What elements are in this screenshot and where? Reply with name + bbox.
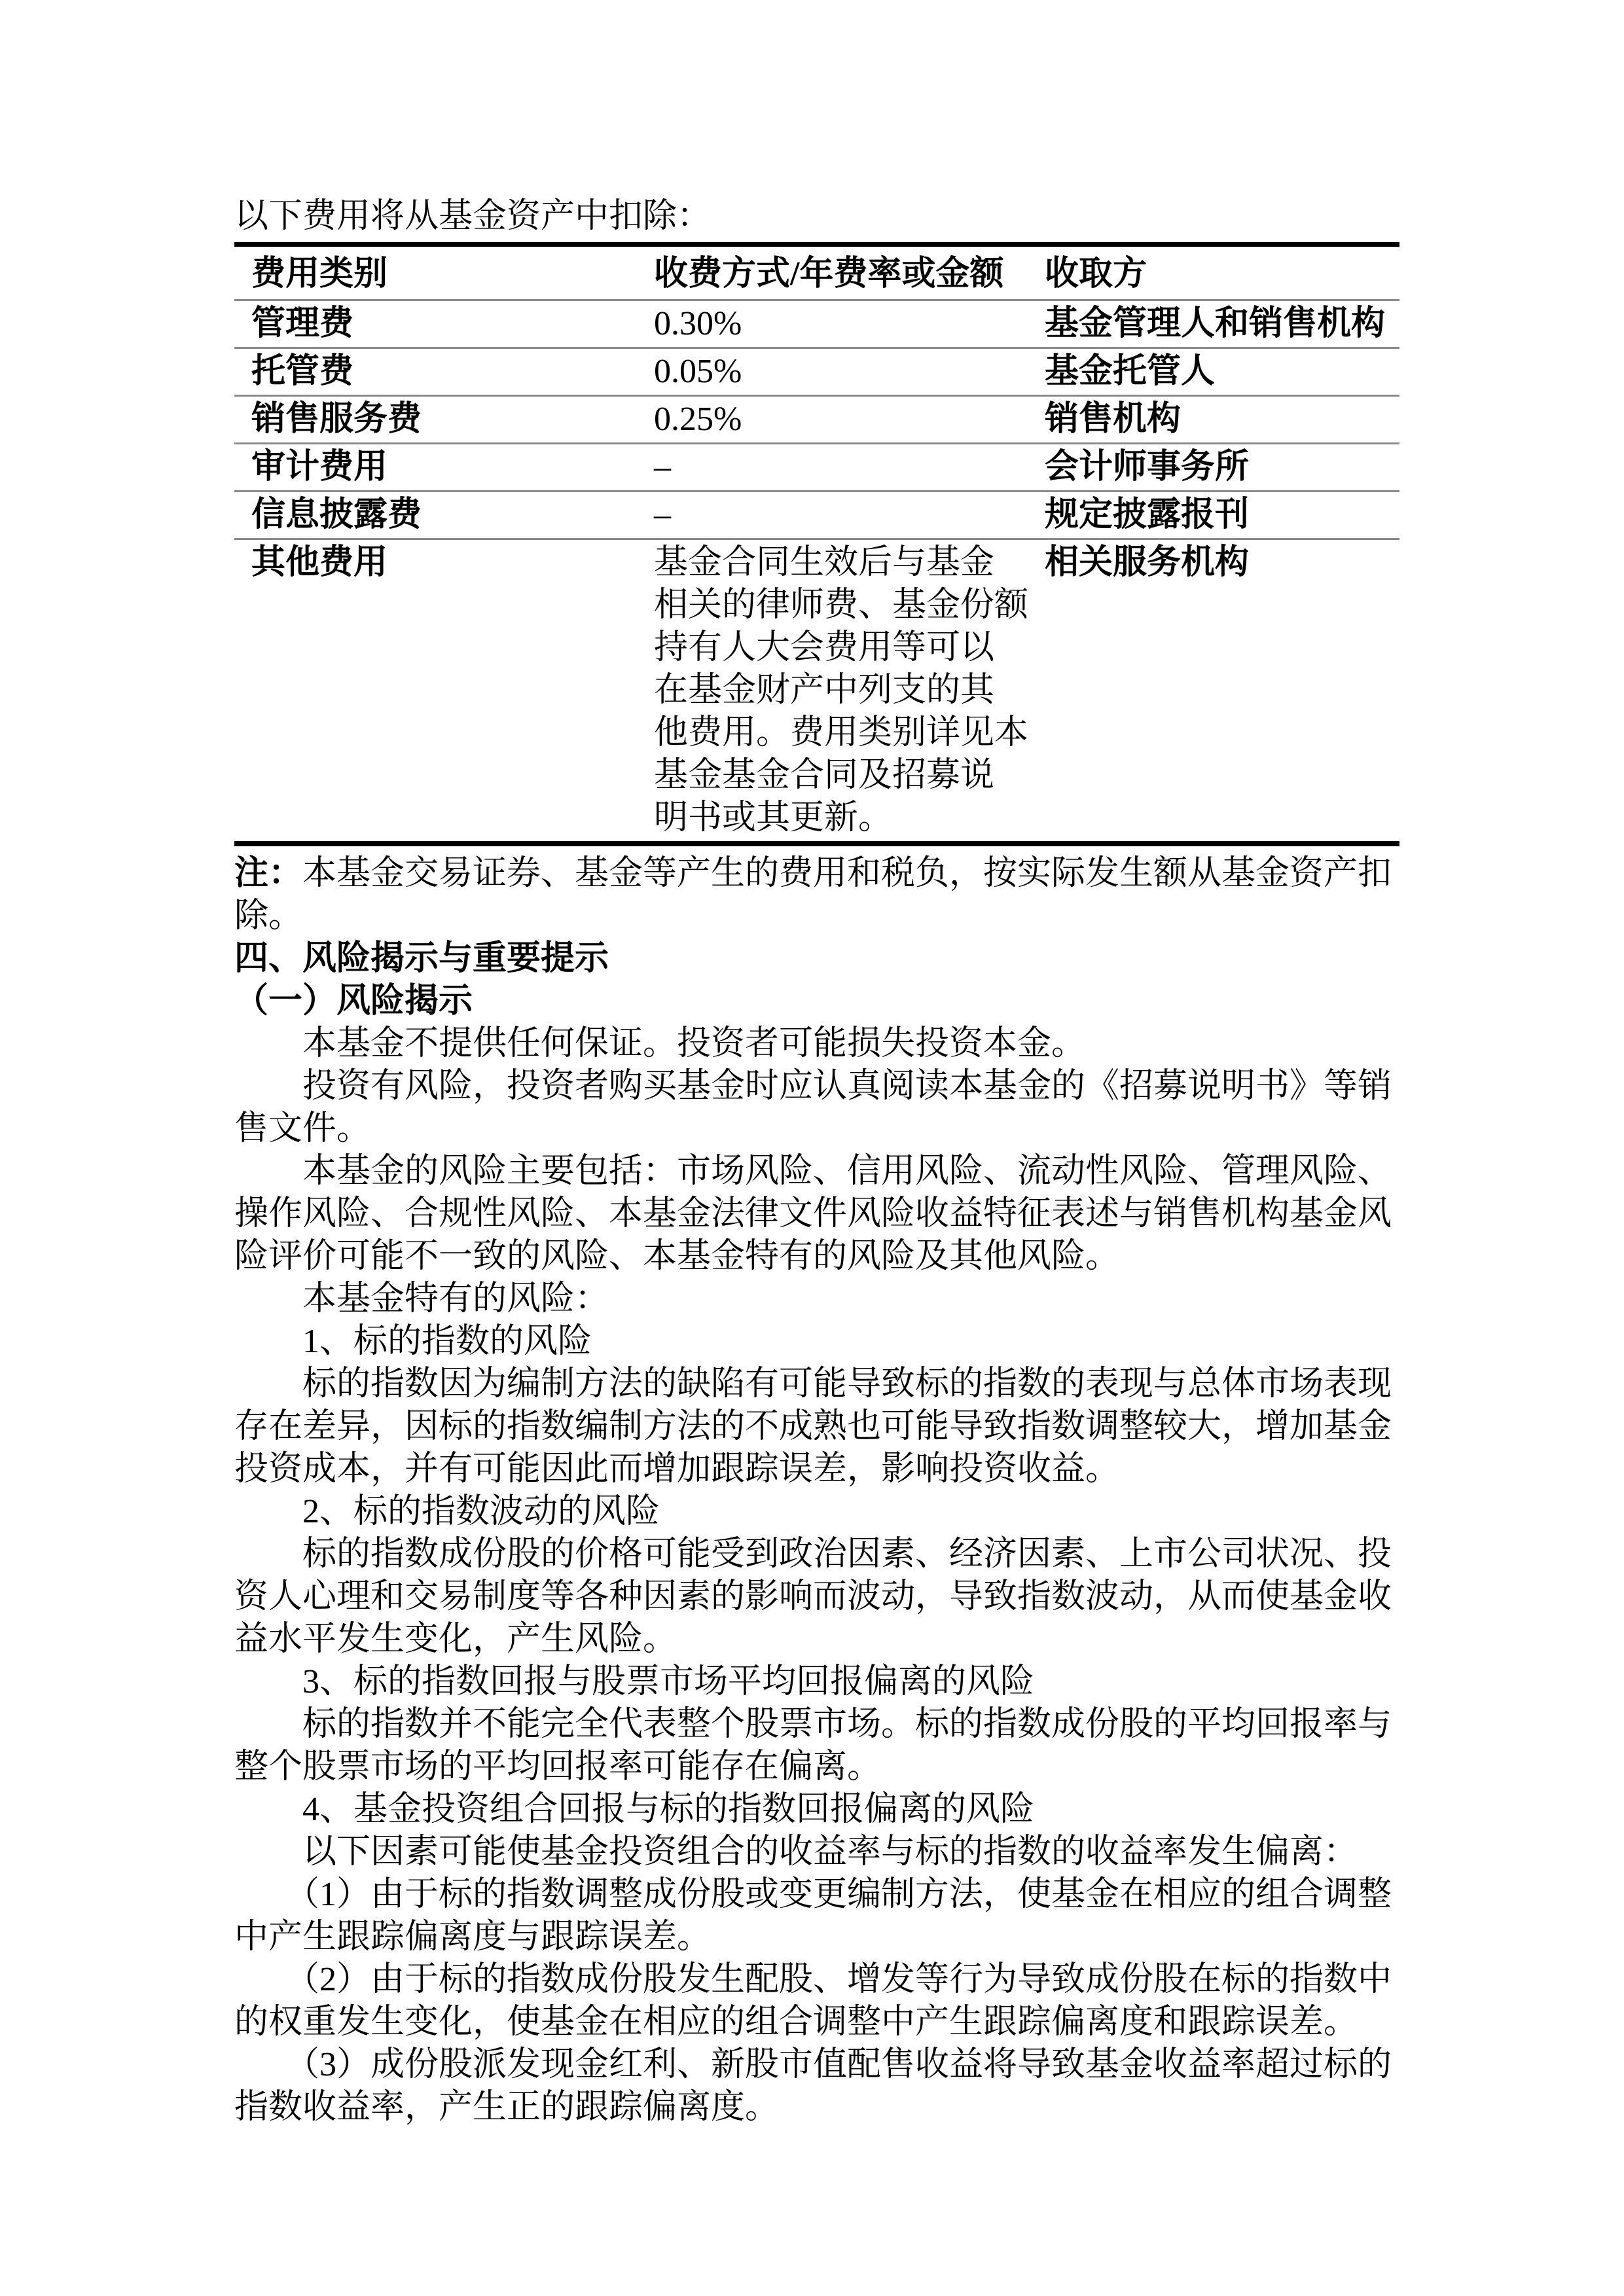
body-paragraph: 2、标的指数波动的风险	[234, 1490, 1399, 1533]
fee-rate-cell: 0.05%	[637, 348, 1028, 396]
body-paragraph: 1、标的指数的风险	[234, 1320, 1399, 1363]
fee-category-cell: 管理费	[234, 300, 637, 348]
body-paragraph: （2）由于标的指数成份股发生配股、增发等行为导致成份股在标的指数中 的权重发生变…	[234, 1958, 1399, 2043]
fee-table-header-row: 费用类别 收费方式/年费率或金额 收取方	[234, 245, 1399, 300]
body-paragraph: 投资有风险，投资者购买基金时应认真阅读本基金的《招募说明书》等销 售文件。	[234, 1065, 1399, 1150]
header-fee-payee: 收取方	[1028, 245, 1399, 300]
document-page: 以下费用将从基金资产中扣除： 费用类别 收费方式/年费率或金额 收取方 管理费 …	[0, 0, 1624, 2296]
note-text: 本基金交易证券、基金等产生的费用和税负，按实际发生额从基金资产扣 除。	[234, 855, 1392, 935]
table-row: 审计费用 – 会计师事务所	[234, 444, 1399, 492]
table-row: 其他费用 基金合同生效后与基金 相关的律师费、基金份额 持有人大会费用等可以 在…	[234, 539, 1399, 844]
table-row: 托管费 0.05% 基金托管人	[234, 348, 1399, 396]
body-paragraph: （3）成份股派发现金红利、新股市值配售收益将导致基金收益率超过标的 指数收益率，…	[234, 2043, 1399, 2128]
body-paragraph: 标的指数并不能完全代表整个股票市场。标的指数成份股的平均回报率与 整个股票市场的…	[234, 1703, 1399, 1788]
body-paragraph: 标的指数因为编制方法的缺陷有可能导致标的指数的表现与总体市场表现 存在差异，因标…	[234, 1363, 1399, 1490]
body-paragraph: 本基金不提供任何保证。投资者可能损失投资本金。	[234, 1022, 1399, 1065]
table-row: 信息披露费 – 规定披露报刊	[234, 492, 1399, 539]
body-paragraph: 本基金特有的风险：	[234, 1278, 1399, 1320]
fee-category-cell: 销售服务费	[234, 396, 637, 444]
fee-rate-cell: –	[637, 444, 1028, 492]
fee-rate-cell: –	[637, 492, 1028, 539]
body-paragraph: 标的指数成份股的价格可能受到政治因素、经济因素、上市公司状况、投 资人心理和交易…	[234, 1533, 1399, 1660]
header-fee-method: 收费方式/年费率或金额	[637, 245, 1028, 300]
fee-payee-cell: 相关服务机构	[1028, 539, 1399, 844]
intro-line: 以下费用将从基金资产中扣除：	[234, 195, 1399, 238]
fee-payee-cell: 基金管理人和销售机构	[1028, 300, 1399, 348]
table-row: 管理费 0.30% 基金管理人和销售机构	[234, 300, 1399, 348]
fee-category-cell: 其他费用	[234, 539, 637, 844]
fee-table: 费用类别 收费方式/年费率或金额 收取方 管理费 0.30% 基金管理人和销售机…	[234, 242, 1399, 846]
document-content: 以下费用将从基金资产中扣除： 费用类别 收费方式/年费率或金额 收取方 管理费 …	[234, 195, 1399, 2128]
fee-payee-cell: 规定披露报刊	[1028, 492, 1399, 539]
section-heading: 四、风险揭示与重要提示	[234, 937, 1399, 980]
table-note: 注：本基金交易证券、基金等产生的费用和税负，按实际发生额从基金资产扣 除。	[234, 852, 1399, 937]
fee-payee-cell: 基金托管人	[1028, 348, 1399, 396]
fee-rate-cell: 0.30%	[637, 300, 1028, 348]
header-fee-category: 费用类别	[234, 245, 637, 300]
body-paragraph: （1）由于标的指数调整成份股或变更编制方法，使基金在相应的组合调整 中产生跟踪偏…	[234, 1873, 1399, 1958]
fee-rate-cell: 基金合同生效后与基金 相关的律师费、基金份额 持有人大会费用等可以 在基金财产中…	[637, 539, 1028, 844]
table-row: 销售服务费 0.25% 销售机构	[234, 396, 1399, 444]
fee-category-cell: 信息披露费	[234, 492, 637, 539]
body-paragraph: 以下因素可能使基金投资组合的收益率与标的指数的收益率发生偏离：	[234, 1831, 1399, 1873]
note-label: 注：	[234, 855, 302, 892]
subsection-heading: （一）风险揭示	[234, 980, 1399, 1022]
fee-payee-cell: 会计师事务所	[1028, 444, 1399, 492]
fee-rate-cell: 0.25%	[637, 396, 1028, 444]
body-paragraph: 4、基金投资组合回报与标的指数回报偏离的风险	[234, 1788, 1399, 1831]
fee-category-cell: 审计费用	[234, 444, 637, 492]
body-paragraph: 3、标的指数回报与股票市场平均回报偏离的风险	[234, 1660, 1399, 1703]
body-paragraph: 本基金的风险主要包括：市场风险、信用风险、流动性风险、管理风险、 操作风险、合规…	[234, 1150, 1399, 1278]
fee-category-cell: 托管费	[234, 348, 637, 396]
fee-payee-cell: 销售机构	[1028, 396, 1399, 444]
